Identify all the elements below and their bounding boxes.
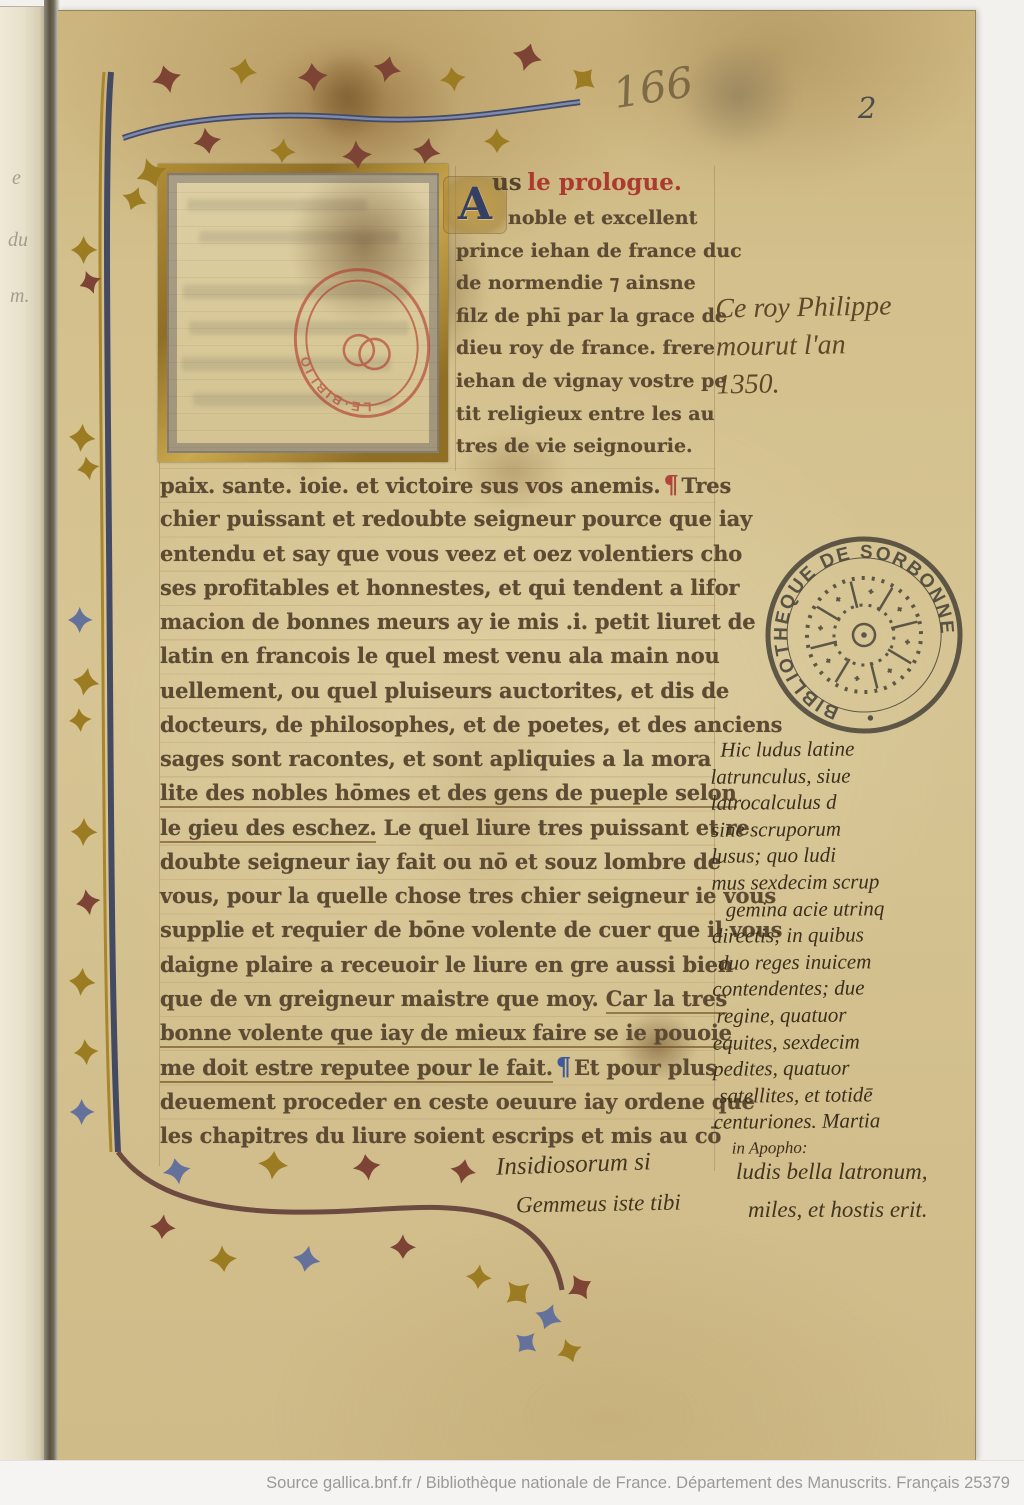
prologue-wide-line: entendu et say que vous veez et oez vole… <box>160 537 716 571</box>
philippe-death-note-line: Ce roy Philippe <box>715 287 892 328</box>
facing-page-edge: e du m. <box>0 6 44 1461</box>
latin-chess-note: Hic ludus latine latrunculus, siue latro… <box>710 735 886 1162</box>
prologue-narrow-line: tit religieux entre les au <box>456 398 714 431</box>
sorbonne-stamp: BIBLIOTHEQUE DE SORBONNE • <box>758 529 970 741</box>
manuscript-photo: e du m. 166 2 <box>0 0 1024 1460</box>
prologue-narrow-line: noble et excellent <box>456 202 714 235</box>
sorbonne-stamp-text: BIBLIOTHEQUE DE SORBONNE <box>758 529 970 733</box>
rubric: us le prologue. <box>492 169 682 196</box>
philippe-death-note: Ce roy Philippe mourut l'an 1350. <box>715 287 893 404</box>
prologue-wide-line: les chapitres du liure soient escrips et… <box>160 1119 716 1153</box>
prologue-wide-line: deuement proceder en ceste oeuure iay or… <box>160 1085 716 1119</box>
facing-page-fragment: e <box>12 167 21 190</box>
folio-number: 166 <box>610 57 697 118</box>
prologue-narrow-column: noble et excellent prince iehan de franc… <box>456 202 714 463</box>
rubric-title: le prologue. <box>527 169 681 196</box>
prologue-wide-line: sages sont racontes, et sont apliquies a… <box>160 742 716 776</box>
latin-chess-note-line: sine scruporum <box>711 815 884 843</box>
svg-text:•: • <box>862 705 877 729</box>
martial-verse-line2-right: miles, et hostis erit. <box>748 1197 928 1223</box>
manuscript-page: 166 2 <box>58 10 976 1461</box>
red-oval-stamp: LE·BIBLIO <box>255 233 439 453</box>
prologue-wide-line: chier puissant et redoubte seigneur pour… <box>160 502 716 536</box>
underlined-text: Car la tres <box>606 986 727 1014</box>
show-through <box>199 231 399 243</box>
latin-chess-note-line: directis; in quibus <box>712 921 885 949</box>
martial-verse-line1-right: ludis bella latronum, <box>736 1159 927 1185</box>
red-paragraph-mark: ¶ <box>660 470 681 499</box>
text-segment: Le quel liure tres puissant et re <box>376 815 749 840</box>
prologue-wide-line: docteurs, de philosophes, et de poetes, … <box>160 708 716 742</box>
page-number-pencil: 2 <box>858 91 876 125</box>
sorbonne-stamp-dot: • <box>862 705 877 729</box>
latin-chess-note-line: Hic ludus latine <box>710 735 883 763</box>
prologue-wide-line: lite des nobles hōmes et des gens de pue… <box>160 776 716 810</box>
prologue-wide-line: latin en francois le quel mest venu ala … <box>160 639 716 673</box>
philippe-death-note-line: 1350. <box>716 363 893 404</box>
latin-chess-note-line: equites, sexdecim <box>713 1028 886 1056</box>
text-segment: que de vn greigneur maistre que moy. <box>160 986 606 1011</box>
show-through <box>187 199 367 211</box>
rubric-lead-in: us <box>492 169 522 196</box>
prologue-wide-line: ses profitables et honnestes, et qui ten… <box>160 571 716 605</box>
prologue-wide-line: paix. sante. ioie. et victoire sus vos a… <box>160 468 716 502</box>
prologue-wide-line: me doit estre reputee pour le fait.¶Et p… <box>160 1050 716 1084</box>
latin-chess-note-line: pedites, quatuor <box>713 1054 886 1082</box>
facing-page-fragment: du <box>8 229 28 252</box>
parchment-stain <box>678 41 798 151</box>
prologue-wide-line: macion de bonnes meurs ay ie mis .i. pet… <box>160 605 716 639</box>
miniature-frame: LE·BIBLIO <box>158 164 448 462</box>
prologue-narrow-line: filz de phī par la grace de <box>456 300 714 333</box>
latin-chess-note-line: regine, quatuor <box>712 1001 885 1029</box>
prologue-narrow-line: tres de vie seignourie. <box>456 430 714 463</box>
prologue-wide-line: vous, pour la quelle chose tres chier se… <box>160 879 716 913</box>
prologue-wide-line: supplie et requier de bōne volente de cu… <box>160 913 716 947</box>
latin-chess-note-line: latrunculus, siue <box>710 762 883 790</box>
underlined-text: le gieu des eschez. <box>160 815 376 843</box>
latin-chess-note-line: duo reges inuicem <box>712 948 885 976</box>
latin-chess-note-line: lusus; quo ludi <box>711 842 884 870</box>
prologue-wide-line: bonne volente que iay de mieux faire se … <box>160 1016 716 1050</box>
parchment-stain <box>306 51 386 141</box>
latin-chess-note-line: mus sexdecim scrup <box>711 868 884 896</box>
martial-verse-line2-left: Gemmeus iste tibi <box>516 1190 681 1219</box>
prologue-wide-line: que de vn greigneur maistre que moy. Car… <box>160 982 716 1016</box>
prologue-wide-column: paix. sante. ioie. et victoire sus vos a… <box>160 468 716 1153</box>
underlined-text: me doit estre reputee pour le fait. <box>160 1055 553 1083</box>
philippe-death-note-line: mourut l'an <box>716 325 893 366</box>
prologue-narrow-line: prince iehan de france duc <box>456 235 714 268</box>
text-segment: Tres <box>682 473 732 498</box>
latin-chess-note-line: latrocalculus d <box>711 788 884 816</box>
miniature-panel: LE·BIBLIO <box>167 173 439 453</box>
prologue-wide-line: daigne plaire a receuoir le liure en gre… <box>160 948 716 982</box>
source-bar: Source gallica.bnf.fr / Bibliothèque nat… <box>0 1460 1024 1505</box>
underlined-text: lite des nobles hōmes et des gens de pue… <box>160 780 737 808</box>
latin-chess-note-line: satellites, et totidē <box>713 1081 886 1109</box>
prologue-wide-line: doubte seigneur iay fait ou nō et souz l… <box>160 845 716 879</box>
svg-text:BIBLIOTHEQUE DE SORBONNE: BIBLIOTHEQUE DE SORBONNE <box>758 529 970 733</box>
latin-chess-note-line: contendentes; due <box>712 975 885 1003</box>
latin-chess-note-line: centuriones. Martia <box>713 1108 886 1136</box>
prologue-narrow-line: de normendie ⁊ ainsne <box>456 267 714 300</box>
martial-verse-line1-left: Insidiosorum si <box>496 1148 652 1181</box>
prologue-wide-line: le gieu des eschez. Le quel liure tres p… <box>160 811 716 845</box>
prologue-narrow-line: dieu roy de france. frere <box>456 332 714 365</box>
blue-paragraph-mark: ¶ <box>553 1052 574 1081</box>
text-segment: Et pour plus <box>574 1055 717 1080</box>
underlined-text: bonne volente que iay de mieux faire se … <box>160 1020 732 1048</box>
text-segment: paix. sante. ioie. et victoire sus vos a… <box>160 473 660 498</box>
facing-page-fragment: m. <box>10 285 29 308</box>
prologue-wide-line: uellement, ou quel pluiseurs auctorites,… <box>160 674 716 708</box>
prologue-narrow-line: iehan de vignay vostre pe <box>456 365 714 398</box>
latin-chess-note-line: gemina acie utrinq <box>712 895 885 923</box>
